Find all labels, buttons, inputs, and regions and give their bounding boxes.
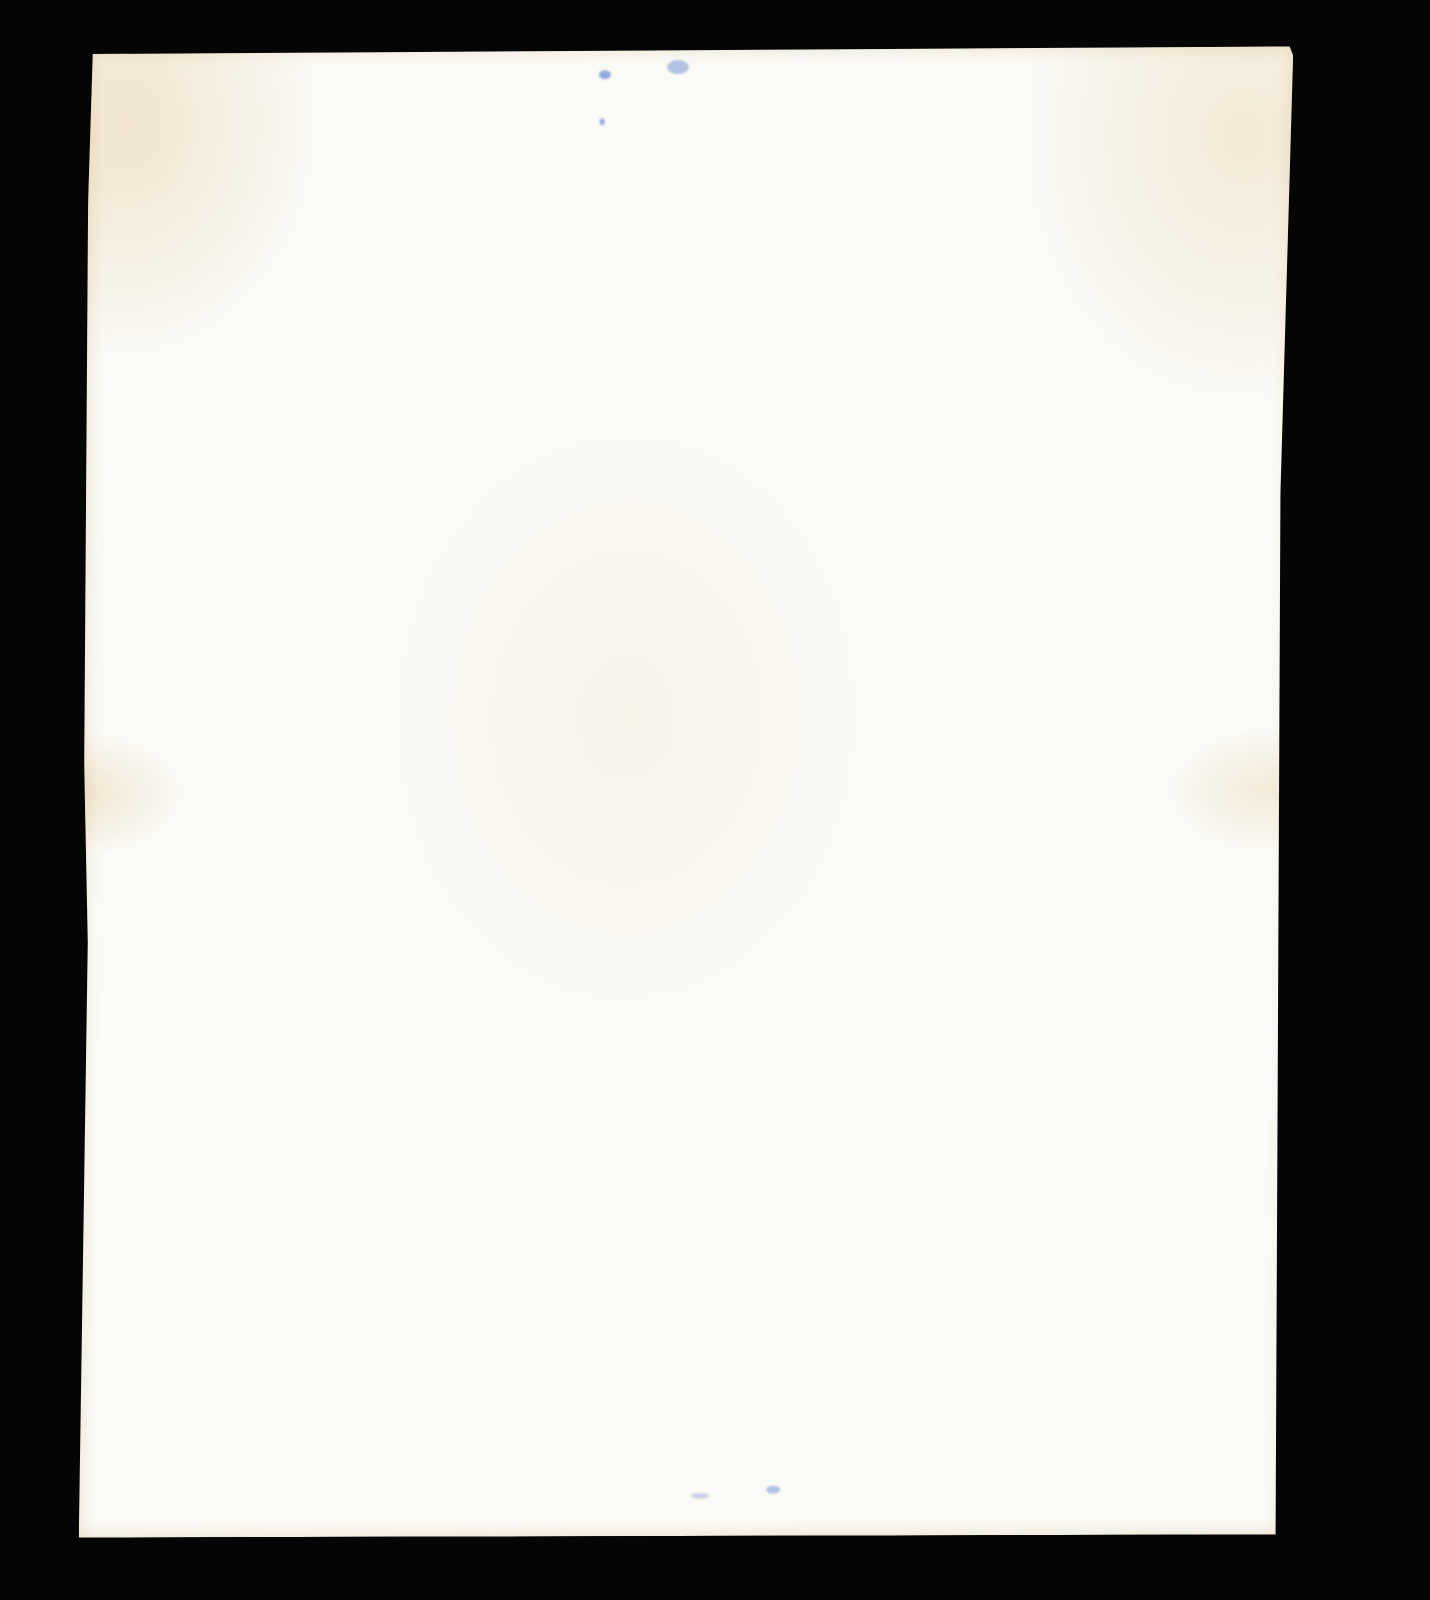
ink-speck [691, 1493, 709, 1499]
ink-speck [667, 60, 689, 74]
paper-sheet [79, 46, 1293, 1537]
ink-speck [766, 1486, 780, 1494]
ink-speck [599, 70, 611, 79]
ink-speck [600, 118, 605, 125]
